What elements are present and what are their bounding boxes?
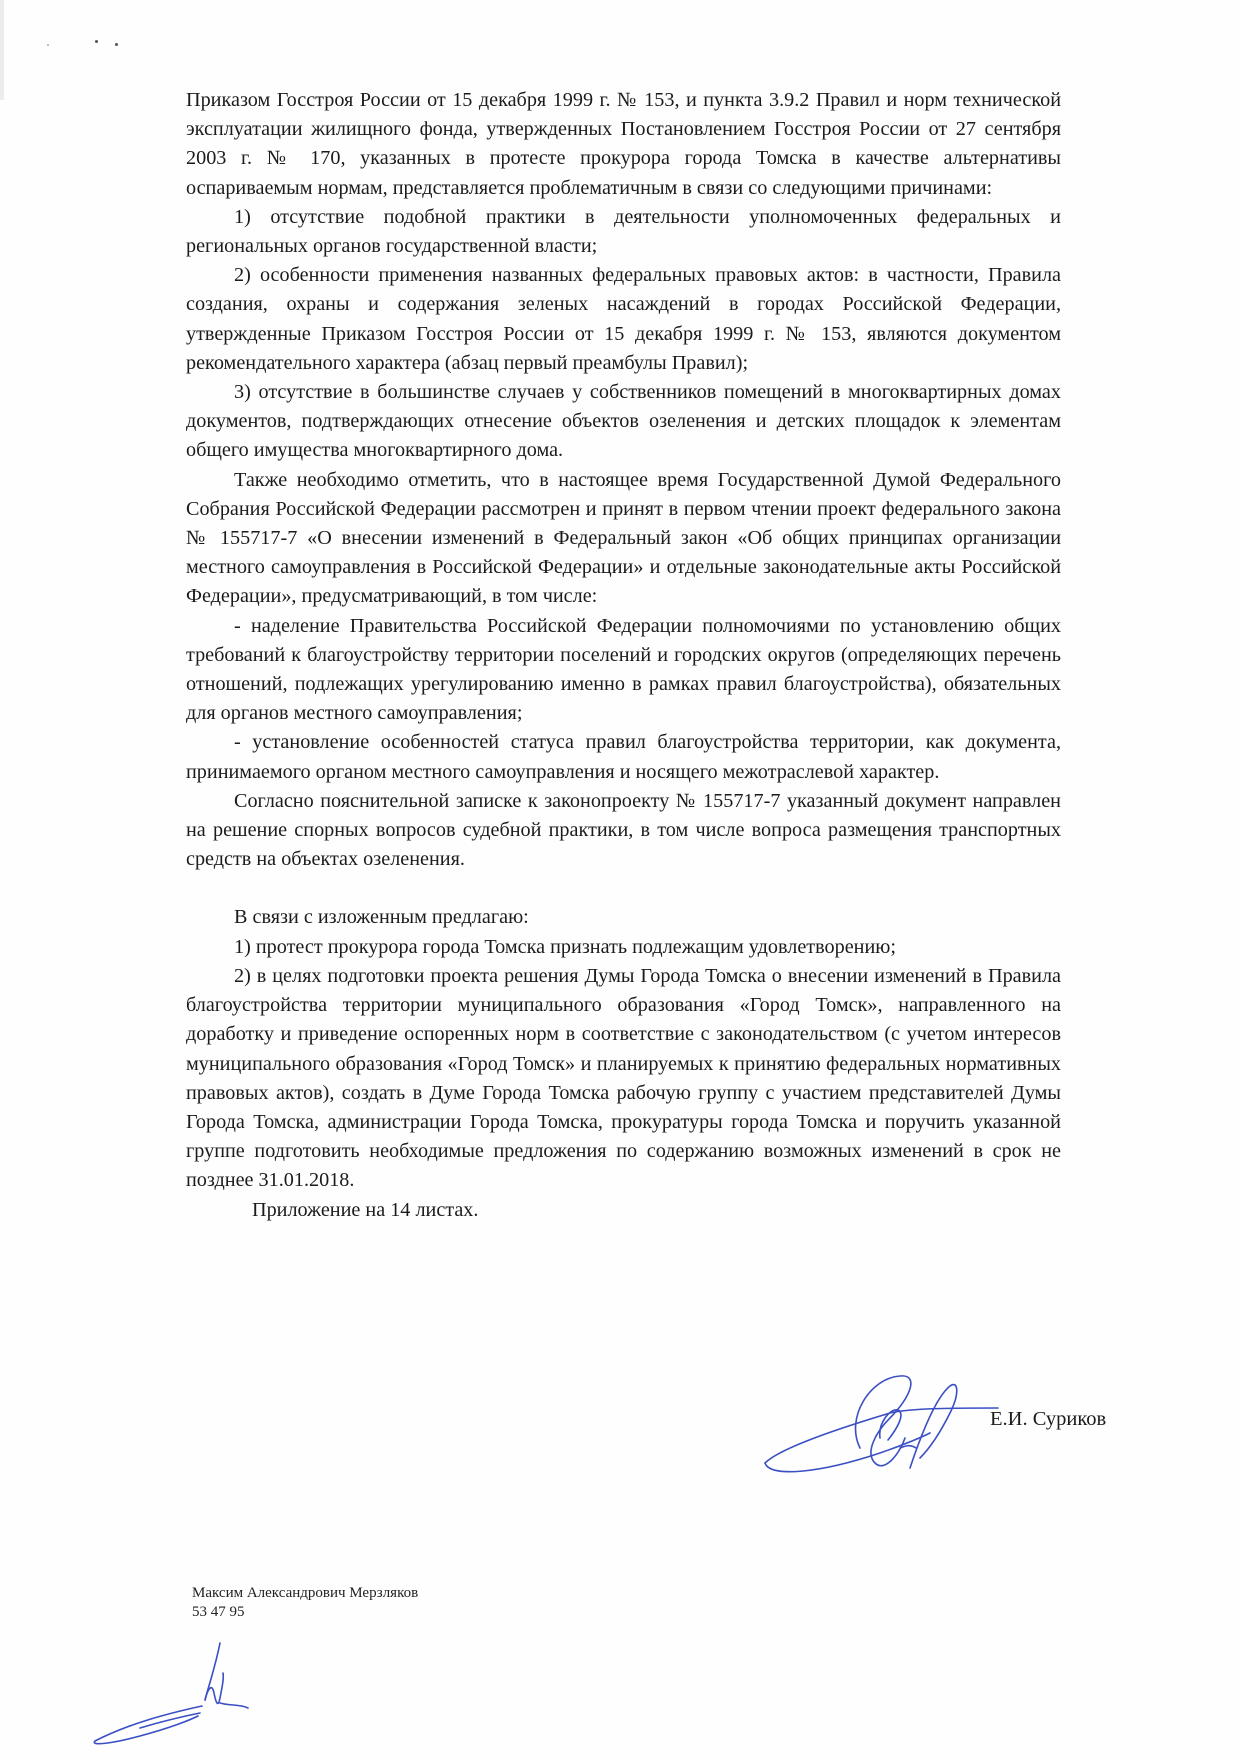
signature-executor-icon	[90, 1638, 290, 1748]
proposal-item-1: 1) протест прокурора города Томска призн…	[186, 933, 1061, 962]
speck	[95, 40, 98, 43]
document-page: Приказом Госстроя России от 15 декабря 1…	[0, 0, 1242, 1761]
paragraph-reason-3: 3) отсутствие в большинстве случаев у со…	[186, 378, 1061, 466]
paragraph-bullet-2: - установление особенностей статуса прав…	[186, 728, 1061, 786]
executor-name: Максим Александрович Мерзляков	[192, 1584, 418, 1603]
paragraph-intro: Приказом Госстроя России от 15 декабря 1…	[186, 86, 1061, 203]
paragraph-explanatory-note: Согласно пояснительной записке к законоп…	[186, 787, 1061, 875]
scan-edge-mark	[0, 0, 4, 100]
scan-specks	[45, 38, 125, 52]
executor-phone: 53 47 95	[192, 1603, 418, 1622]
spacer	[186, 874, 1061, 903]
attachment-note: Приложение на 14 листах.	[186, 1196, 1061, 1225]
document-body: Приказом Госстроя России от 15 декабря 1…	[186, 86, 1061, 1225]
proposal-intro: В связи с изложенным предлагаю:	[186, 903, 1061, 932]
paragraph-duma-bill: Также необходимо отметить, что в настоящ…	[186, 466, 1061, 612]
paragraph-reason-2: 2) особенности применения названных феде…	[186, 261, 1061, 378]
speck	[47, 44, 49, 46]
proposal-item-2: 2) в целях подготовки проекта решения Ду…	[186, 962, 1061, 1196]
executor-block: Максим Александрович Мерзляков 53 47 95	[192, 1584, 418, 1622]
signer-name: Е.И. Суриков	[990, 1408, 1106, 1431]
speck	[115, 43, 118, 46]
paragraph-reason-1: 1) отсутствие подобной практики в деятел…	[186, 203, 1061, 261]
signature-main-icon	[760, 1368, 1000, 1488]
paragraph-bullet-1: - наделение Правительства Российской Фед…	[186, 612, 1061, 729]
